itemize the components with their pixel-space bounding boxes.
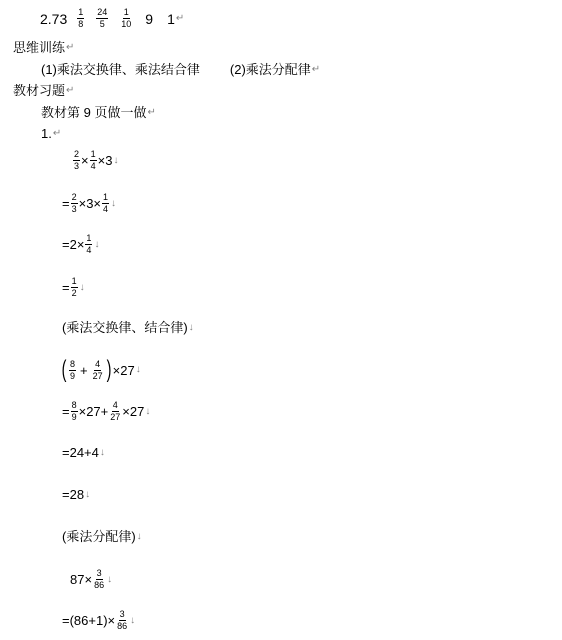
line-break-mark-icon: ↓ [145, 407, 150, 417]
equation-line: ( 89 + 427 ) ×27 ↓ [60, 358, 141, 382]
paragraph-mark-icon: ↵ [66, 86, 74, 96]
answer-value: 2.73 [40, 12, 67, 26]
line-break-mark-icon: ↓ [137, 532, 142, 542]
equation-line: 23 × 14 ×3 ↓ [72, 150, 118, 171]
answer-fraction: 110 [120, 8, 132, 29]
equation-line: = 12 ↓ [62, 277, 85, 298]
line-break-mark-icon: ↓ [111, 199, 116, 209]
item-number: 1. ↵ [41, 127, 61, 140]
answers-row: 2.73 18 245 110 9 1 ↵ [40, 8, 184, 29]
equation-line: 87× 386 ↓ [70, 569, 112, 590]
line-break-mark-icon: ↓ [189, 323, 194, 333]
paragraph-mark-icon: ↵ [53, 129, 61, 139]
thinking-answers: (1)乘法交换律、乘法结合律 (2)乘法分配律 ↵ [41, 63, 320, 76]
paragraph-mark-icon: ↵ [147, 108, 155, 118]
equation-line: =24+4 ↓ [62, 446, 105, 459]
paragraph-mark-icon: ↵ [312, 65, 320, 75]
line-break-mark-icon: ↓ [130, 616, 135, 626]
line-break-mark-icon: ↓ [85, 490, 90, 500]
right-paren: ) [106, 358, 111, 382]
answer-value: 1 [167, 12, 175, 26]
equation-line: = 23 ×3× 14 ↓ [62, 193, 116, 214]
line-break-mark-icon: ↓ [113, 156, 118, 166]
section-heading-thinking: 思维训练 ↵ [13, 41, 74, 54]
line-break-mark-icon: ↓ [136, 365, 141, 375]
paragraph-mark-icon: ↵ [66, 43, 74, 53]
equation-line: =2× 14 ↓ [62, 234, 99, 255]
paragraph-mark-icon: ↵ [176, 14, 184, 24]
line-break-mark-icon: ↓ [94, 240, 99, 250]
left-paren: ( [62, 358, 67, 382]
law-note: (乘法分配律) ↓ [62, 530, 142, 543]
answer-fraction: 18 [77, 8, 84, 29]
line-break-mark-icon: ↓ [107, 575, 112, 585]
equation-line: = 89 ×27+ 427 ×27 ↓ [62, 401, 150, 422]
answer-value: 9 [145, 12, 153, 26]
section-heading-textbook: 教材习题 ↵ [13, 84, 74, 97]
answer-2: (2)乘法分配律 [230, 63, 311, 76]
equation-line: =28 ↓ [62, 488, 90, 501]
answer-fraction: 245 [96, 8, 108, 29]
line-break-mark-icon: ↓ [100, 448, 105, 458]
law-note: (乘法交换律、结合律) ↓ [62, 321, 194, 334]
textbook-subtitle: 教材第 9 页做一做 ↵ [41, 106, 156, 119]
equation-line: =(86+1)× 386 ↓ [62, 610, 135, 631]
answer-1: (1)乘法交换律、乘法结合律 [41, 63, 200, 76]
line-break-mark-icon: ↓ [80, 283, 85, 293]
